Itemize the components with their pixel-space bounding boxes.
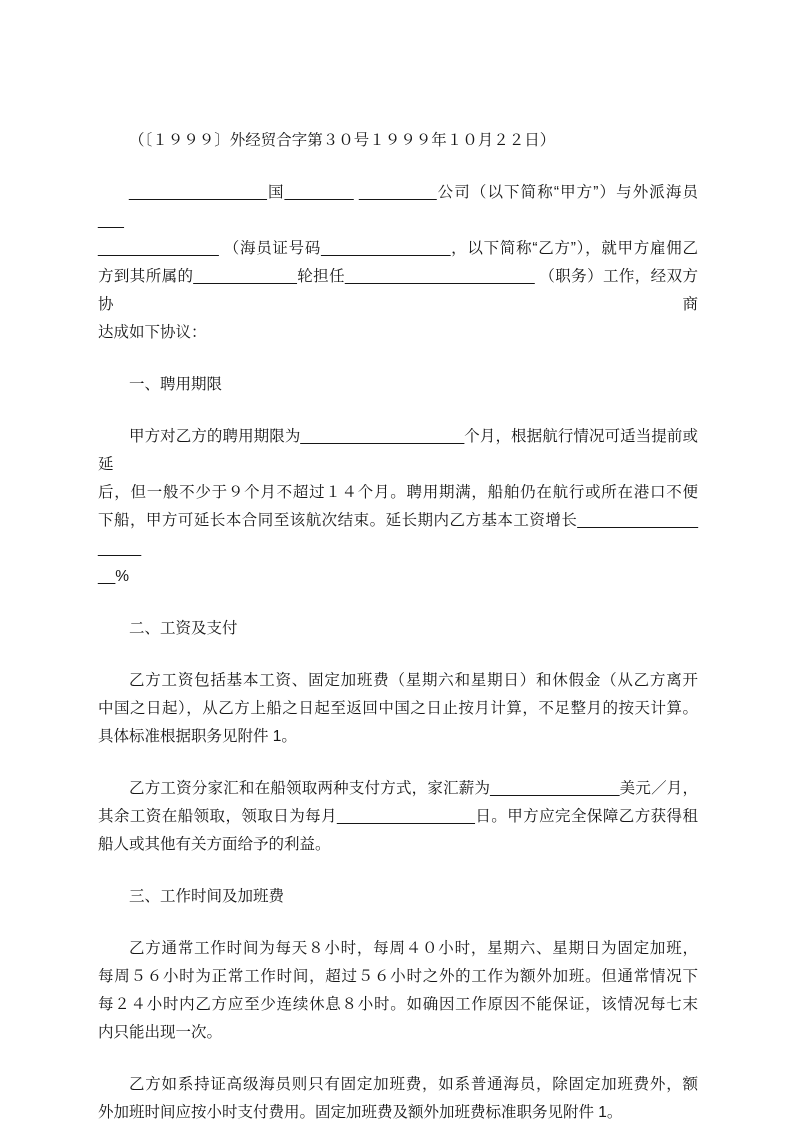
wage-composition-paragraph: 乙方工资包括基本工资、固定加班费（星期六和星期日）和休假金（从乙方离开 中国之日… — [98, 667, 698, 751]
heading-wages-payment: 二、工资及支付 — [98, 615, 698, 643]
text-line: 船人或其他有关方面给予的利益。 — [98, 831, 698, 859]
text-line: 每２４小时内乙方应至少连续休息８小时。如确因工作原因不能保证，该情况每七末 — [98, 991, 698, 1019]
text-line: 方到其所属的____________轮担任___________________… — [98, 263, 698, 319]
parties-paragraph: ________________国________ _________公司（以下… — [98, 179, 698, 347]
heading-line: 一、聘用期限 — [98, 371, 698, 399]
heading-line: 三、工作时间及加班费 — [98, 883, 698, 911]
text-line: 乙方工资分家汇和在船领取两种支付方式，家汇薪为_______________美元… — [98, 775, 698, 803]
heading-working-hours-overtime: 三、工作时间及加班费 — [98, 883, 698, 911]
text-line: 内只能出现一次。 — [98, 1019, 698, 1047]
text-line: 具体标准根据职务见附件 1。 — [98, 723, 698, 751]
text-line: 中国之日起），从乙方上船之日起至返回中国之日止按月计算，不足整月的按天计算。 — [98, 695, 698, 723]
text-line: 乙方如系持证高级海员则只有固定加班费，如系普通海员，除固定加班费外，额 — [98, 1071, 698, 1099]
heading-employment-term: 一、聘用期限 — [98, 371, 698, 399]
working-hours-paragraph: 乙方通常工作时间为每天８小时，每周４０小时，星期六、星期日为固定加班， 每周５６… — [98, 935, 698, 1047]
text-line: 其余工资在船领取，领取日为每月________________日。甲方应完全保障… — [98, 803, 698, 831]
text-line: 下船，甲方可延长本合同至该航次结束。延长期内乙方基本工资增长__________… — [98, 507, 698, 563]
text-line: 达成如下协议： — [98, 319, 698, 347]
text-line: 每周５６小时为正常工作时间，超过５６小时之外的工作为额外加班。但通常情况下 — [98, 963, 698, 991]
text-line: ______________ （海员证号码_______________，以下简… — [98, 235, 698, 263]
text-line: 后，但一般不少于９个月不超过１４个月。聘用期满，船舶仍在航行或所在港口不便 — [98, 479, 698, 507]
text-line: 乙方通常工作时间为每天８小时，每周４０小时，星期六、星期日为固定加班， — [98, 935, 698, 963]
employment-term-paragraph: 甲方对乙方的聘用期限为___________________个月，根据航行情况可… — [98, 423, 698, 591]
heading-line: 二、工资及支付 — [98, 615, 698, 643]
doc-reference-block: （〔１９９９〕外经贸合字第３０号１９９９年１０月２２日） — [98, 127, 698, 155]
text-line: 乙方工资包括基本工资、固定加班费（星期六和星期日）和休假金（从乙方离开 — [98, 667, 698, 695]
doc-reference-line: （〔１９９９〕外经贸合字第３０号１９９９年１０月２２日） — [98, 127, 698, 155]
wage-payment-method-paragraph: 乙方工资分家汇和在船领取两种支付方式，家汇薪为_______________美元… — [98, 775, 698, 859]
text-line: ________________国________ _________公司（以下… — [98, 179, 698, 235]
page: （〔１９９９〕外经贸合字第３０号１９９９年１０月２２日） ___________… — [0, 0, 793, 1122]
text-line: 外加班时间应按小时支付费用。固定加班费及额外加班费标准职务见附件 1。 — [98, 1099, 698, 1122]
overtime-pay-paragraph: 乙方如系持证高级海员则只有固定加班费，如系普通海员，除固定加班费外，额 外加班时… — [98, 1071, 698, 1122]
text-line: __% — [98, 563, 698, 591]
text-line: 甲方对乙方的聘用期限为___________________个月，根据航行情况可… — [98, 423, 698, 479]
